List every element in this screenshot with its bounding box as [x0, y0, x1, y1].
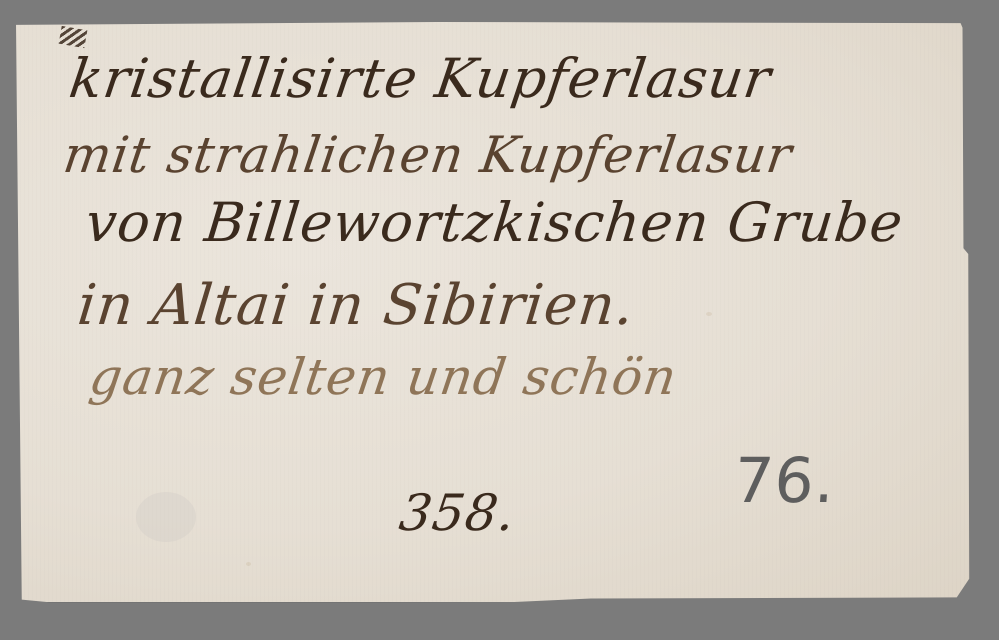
handwritten-line-2: mit strahlichen Kupferlasur: [60, 130, 795, 180]
catalog-number-pencil: 76.: [732, 450, 838, 512]
faded-mark: [136, 492, 196, 542]
handwritten-line-3: von Billewortzkischen Grube: [83, 196, 906, 250]
handwritten-line-5: ganz selten und schön: [86, 352, 680, 402]
catalog-number-ink: 358.: [396, 488, 518, 538]
foxing-spot: [706, 312, 712, 316]
scan-background: kristallisirte Kupferlasur mit strahlich…: [0, 0, 999, 640]
handwritten-line-4: in Altai in Sibirien.: [75, 278, 637, 334]
foxing-spot: [246, 562, 251, 566]
handwritten-line-1: kristallisirte Kupferlasur: [66, 52, 774, 106]
